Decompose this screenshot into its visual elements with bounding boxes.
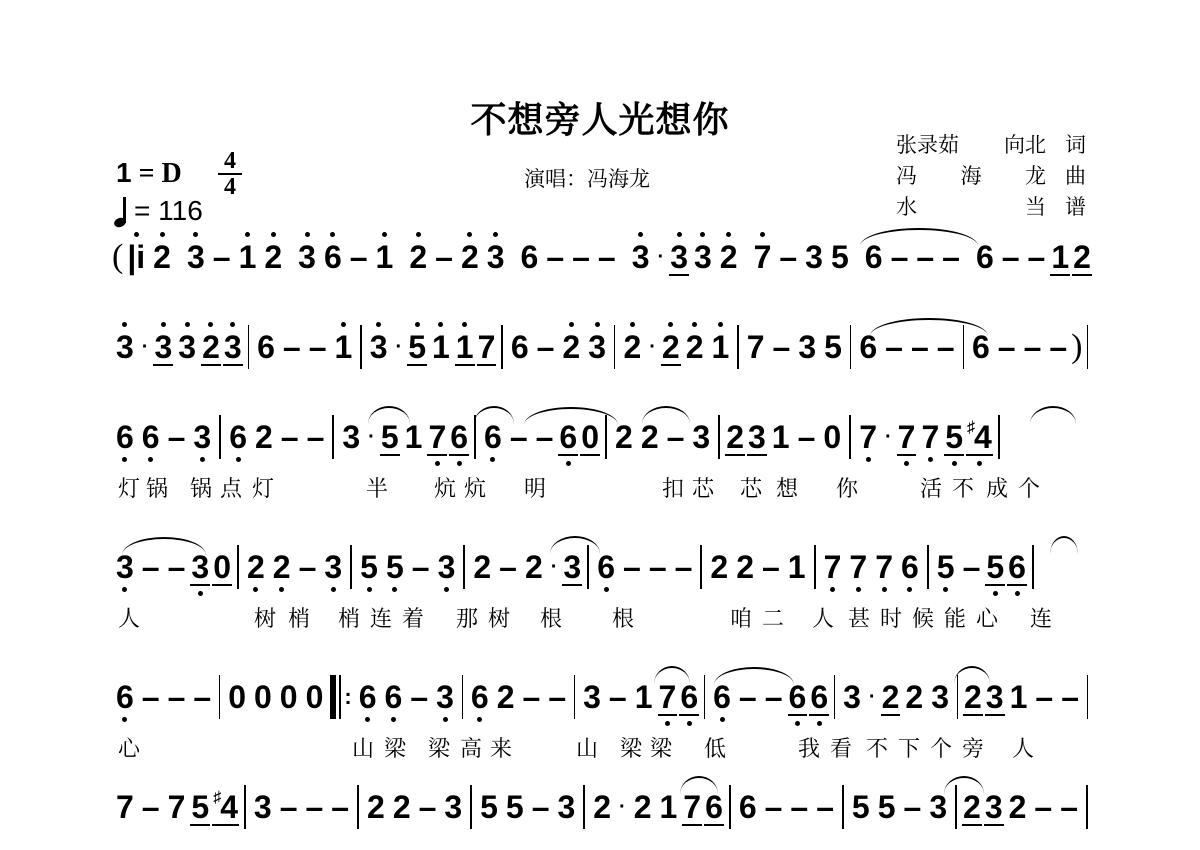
note: 7 — [167, 772, 187, 842]
barline — [842, 785, 844, 829]
lyric-syllable: 灯 — [118, 472, 140, 503]
note: 1 — [454, 312, 476, 382]
note: 3 — [297, 222, 317, 292]
barline — [834, 675, 835, 719]
lyric-syllable: 活 — [920, 472, 942, 503]
dash-extension: – — [305, 772, 325, 842]
note: 2 — [719, 222, 739, 292]
note: 7 — [896, 402, 918, 472]
lyric-syllable: 树 — [488, 602, 510, 633]
barline — [219, 675, 220, 719]
lyric-syllable: 梁 — [384, 732, 406, 763]
lyric-syllable: 来 — [490, 732, 512, 763]
note: 5 — [406, 312, 428, 382]
note: 3 — [557, 772, 577, 842]
dash-extension: – — [608, 662, 628, 732]
note: 3 — [486, 222, 506, 292]
note: 3 — [369, 312, 389, 382]
note: 2 — [496, 662, 516, 732]
barline — [332, 415, 334, 459]
lyric-syllable: 个 — [1018, 472, 1040, 503]
notation-line: 3––3022–355–32–2·36–––22–177765–56 — [112, 532, 1092, 602]
note: 6 — [141, 402, 161, 472]
note: 2 — [524, 532, 544, 602]
note: 6 — [596, 532, 616, 602]
note: 3 — [804, 222, 824, 292]
lyric-syllable: 点 — [220, 472, 242, 503]
dash-extension: – — [141, 772, 161, 842]
note: 7 — [753, 222, 773, 292]
lyric-syllable: 不 — [866, 732, 888, 763]
note: 5 — [984, 532, 1006, 602]
note: 2 — [561, 312, 581, 382]
lyric-syllable: 梢 — [338, 602, 360, 633]
note: 6 — [520, 222, 540, 292]
lyric-syllable: 芯 — [692, 472, 714, 503]
dash-extension: – — [815, 772, 835, 842]
note: 1 — [1049, 222, 1071, 292]
note: ♯4 — [965, 402, 994, 472]
dash-extension: – — [509, 402, 529, 472]
lyric-syllable: 半 — [366, 472, 388, 503]
note: 2 — [408, 222, 428, 292]
lyric-syllable: 心 — [118, 732, 140, 763]
note: 5 — [936, 532, 956, 602]
barline — [718, 415, 720, 459]
note: 2 — [1071, 222, 1093, 292]
dash-extension: – — [330, 772, 350, 842]
note: 5 — [830, 222, 850, 292]
dash-extension: – — [536, 312, 556, 382]
note: 6 — [384, 662, 404, 732]
note: 7 — [426, 402, 448, 472]
dash-extension: – — [997, 312, 1017, 382]
barline — [998, 415, 1000, 459]
augmentation-dot: · — [648, 312, 657, 382]
dash-extension: – — [279, 772, 299, 842]
note: 2 — [592, 772, 612, 842]
note: 1 — [711, 312, 731, 382]
barline — [849, 415, 851, 459]
notation-line: 7–75♯43–––22–355–32·21766–––55–3232–– — [112, 772, 1092, 842]
dash-extension: – — [1001, 222, 1021, 292]
singer-label: 演唱：冯海龙 — [524, 163, 650, 193]
barline — [462, 675, 463, 719]
lyric-syllable: 不 — [952, 472, 974, 503]
score-system: 3·33236––13·51176–232·2217–356–––6–––) — [112, 312, 1092, 382]
rest: 0 — [305, 662, 325, 732]
note: 3 — [746, 402, 768, 472]
close-paren: ) — [1071, 328, 1082, 366]
note: 2 — [709, 532, 729, 602]
lyric-syllable: 个 — [930, 732, 952, 763]
note: 2 — [366, 772, 386, 842]
barline — [729, 785, 731, 829]
augmentation-dot: · — [141, 312, 150, 382]
lyric-syllable: 炕 — [434, 472, 456, 503]
barline — [1032, 545, 1034, 589]
lyric-syllable: 芯 — [740, 472, 762, 503]
note: 3 — [930, 662, 950, 732]
dash-extension: – — [962, 532, 982, 602]
note: 6 — [470, 662, 490, 732]
note: 5 — [479, 772, 499, 842]
note: 6 — [256, 312, 276, 382]
barline — [350, 545, 352, 589]
lyric-syllable: 锅 — [146, 472, 168, 503]
note: 5 — [877, 772, 897, 842]
lyric-syllable: 着 — [402, 602, 424, 633]
note: 2 — [472, 532, 492, 602]
note: 2 — [685, 312, 705, 382]
credit-role: 词 — [1065, 130, 1086, 161]
augmentation-dot: · — [618, 772, 627, 842]
lyric-syllable: 梁 — [428, 732, 450, 763]
lyric-syllable: 梢 — [288, 602, 310, 633]
dash-extension: – — [764, 772, 784, 842]
key-tonic: 1 — [116, 157, 132, 188]
note: 5 — [505, 772, 525, 842]
lyric-syllable: 咱 — [730, 602, 752, 633]
lyric-syllable: 我 — [798, 732, 820, 763]
note: 2 — [1008, 772, 1028, 842]
credits: 张录茹向北词冯海龙曲水当谱 — [896, 130, 1086, 223]
dash-extension: – — [212, 222, 232, 292]
barline — [1087, 325, 1088, 369]
credit-row: 水当谱 — [896, 192, 1086, 223]
note: 5 — [189, 772, 211, 842]
dash-extension: – — [571, 222, 591, 292]
note: 5 — [359, 532, 379, 602]
dash-extension: – — [674, 532, 694, 602]
lyric-syllable: 你 — [836, 472, 858, 503]
note: 6 — [808, 662, 830, 732]
barline — [219, 415, 221, 459]
lyric-syllable: 山 — [576, 732, 598, 763]
lyric-syllable: 山 — [352, 732, 374, 763]
lyric-syllable: 下 — [898, 732, 920, 763]
barline — [248, 325, 249, 369]
augmentation-dot: · — [395, 312, 404, 382]
dash-extension: – — [1048, 312, 1068, 382]
barline — [244, 785, 246, 829]
credit-name: 冯海龙 — [896, 161, 1046, 192]
barline — [463, 545, 465, 589]
lyric-syllable: 人 — [118, 602, 140, 633]
note: 6 — [115, 402, 135, 472]
note: 2 — [633, 772, 653, 842]
dash-extension: – — [434, 222, 454, 292]
note: 2 — [622, 312, 642, 382]
note: 3 — [341, 402, 361, 472]
lyric-syllable: 想 — [776, 472, 798, 503]
note: 3 — [587, 312, 607, 382]
score-system: 66–362––3·51766––6022–3231–07·775♯4灯锅锅点灯… — [112, 402, 1092, 506]
dash-extension: – — [1034, 662, 1054, 732]
dash-extension: – — [772, 312, 792, 382]
credit-role: 谱 — [1065, 192, 1086, 223]
dash-extension: – — [1033, 772, 1053, 842]
dash-extension: – — [411, 532, 431, 602]
lyric-syllable: 二 — [762, 602, 784, 633]
note: 6 — [510, 312, 530, 382]
lyric-syllable: 梁 — [650, 732, 672, 763]
note: 3 — [631, 222, 651, 292]
note: 6 — [787, 662, 809, 732]
key-value: = D — [139, 158, 182, 189]
barline — [814, 545, 816, 589]
credit-name: 水当 — [896, 192, 1046, 223]
augmentation-dot: · — [657, 222, 666, 292]
note: 3 — [928, 772, 948, 842]
dash-extension: – — [761, 532, 781, 602]
note: 2 — [880, 662, 902, 732]
lyric-syllable: 看 — [830, 732, 852, 763]
note: 7 — [858, 402, 878, 472]
note: 3 — [842, 662, 862, 732]
lyric-syllable: 低 — [704, 732, 726, 763]
note: 3 — [437, 532, 457, 602]
note: 3 — [691, 402, 711, 472]
rest: 0 — [822, 402, 842, 472]
note: 2 — [263, 222, 283, 292]
barline — [357, 785, 359, 829]
note: 2 — [724, 402, 746, 472]
lyric-syllable: 成 — [986, 472, 1008, 503]
note: 7 — [476, 312, 498, 382]
note: 2 — [392, 772, 412, 842]
note: 3 — [192, 402, 212, 472]
note: 2 — [614, 402, 634, 472]
note: 6 — [115, 662, 135, 732]
note: 3 — [186, 222, 206, 292]
dash-extension: – — [498, 532, 518, 602]
dash-extension: – — [141, 662, 161, 732]
dash-extension: – — [648, 532, 668, 602]
dash-extension: – — [167, 402, 187, 472]
note: 6 — [975, 222, 995, 292]
augmentation-dot: · — [884, 402, 893, 472]
dash-extension: – — [282, 312, 302, 382]
dash-extension: – — [298, 532, 318, 602]
note: 6 — [228, 402, 248, 472]
lyrics-line: 灯锅锅点灯半炕炕明扣芯芯想你活不成个 — [112, 472, 1092, 506]
note: 6 — [858, 312, 878, 382]
note: 7 — [823, 532, 843, 602]
open-paren: ( — [112, 238, 123, 276]
dash-extension: – — [308, 312, 328, 382]
note: 2 — [200, 312, 222, 382]
note: 1 — [1009, 662, 1029, 732]
sharp-icon: ♯ — [967, 419, 975, 436]
note: 3 — [435, 662, 455, 732]
time-signature: 4 4 — [218, 150, 242, 198]
note: 3 — [253, 772, 273, 842]
score-system: 3––3022–355–32–2·36–––22–177765–56人树梢梢连着… — [112, 532, 1092, 636]
note: 3 — [152, 312, 174, 382]
barline — [927, 545, 929, 589]
dash-extension: – — [797, 402, 817, 472]
barline — [850, 325, 851, 369]
lyric-syllable: 锅 — [190, 472, 212, 503]
note: 6 — [448, 402, 470, 472]
lyric-syllable: 连 — [370, 602, 392, 633]
lyric-syllable: 扣 — [662, 472, 684, 503]
note: 1 — [787, 532, 807, 602]
lyric-syllable: 根 — [540, 602, 562, 633]
note: 1 — [375, 222, 395, 292]
barline — [583, 785, 585, 829]
lyric-syllable: 甚 — [848, 602, 870, 633]
note: 3 — [668, 222, 690, 292]
credit-row: 冯海龙曲 — [896, 161, 1086, 192]
note: 2 — [246, 532, 266, 602]
rest: 0 — [227, 662, 247, 732]
barline — [501, 325, 502, 369]
note: 1 — [404, 402, 424, 472]
note: 6 — [358, 662, 378, 732]
note: |i — [126, 222, 146, 292]
time-top: 4 — [218, 150, 242, 172]
barline — [737, 325, 738, 369]
note: 2 — [735, 532, 755, 602]
dash-extension: – — [280, 402, 300, 472]
dash-extension: – — [789, 772, 809, 842]
note: 6 — [738, 772, 758, 842]
note: 3 — [797, 312, 817, 382]
note: 3 — [984, 662, 1006, 732]
note: 7 — [920, 402, 940, 472]
lyric-syllable: 连 — [1030, 602, 1052, 633]
barline — [1087, 675, 1088, 719]
note: 2 — [272, 532, 292, 602]
lyric-syllable: 那 — [456, 602, 478, 633]
note: 2 — [152, 222, 172, 292]
note: 2 — [254, 402, 274, 472]
dash-extension: – — [903, 772, 923, 842]
note: 3 — [177, 312, 197, 382]
note: 6 — [971, 312, 991, 382]
note: 7 — [874, 532, 894, 602]
note: 2 — [460, 222, 480, 292]
barline — [574, 675, 575, 719]
sharp-icon: ♯ — [213, 789, 221, 806]
note: 7 — [115, 772, 135, 842]
dash-extension: – — [547, 662, 567, 732]
dash-extension: – — [306, 402, 326, 472]
lyric-syllable: 心 — [976, 602, 998, 633]
note: 5 — [823, 312, 843, 382]
lyric-syllable: 梁 — [620, 732, 642, 763]
note: 3 — [582, 662, 602, 732]
dash-extension: – — [531, 772, 551, 842]
repeat-barline: : — [330, 675, 351, 719]
time-bottom: 4 — [218, 176, 242, 198]
note: 1 — [238, 222, 258, 292]
lyric-syllable: 旁 — [962, 732, 984, 763]
score-system: 6–––0000:66–362––3–1766––663·223231––心山梁… — [112, 662, 1092, 766]
lyric-syllable: 树 — [254, 602, 276, 633]
dash-extension: – — [1027, 222, 1047, 292]
note: 1 — [634, 662, 654, 732]
credit-name: 张录茹向北 — [896, 130, 1046, 161]
augmentation-dot: · — [868, 662, 877, 732]
dash-extension: – — [349, 222, 369, 292]
note: 3 — [222, 312, 244, 382]
note: 3 — [693, 222, 713, 292]
note: 1 — [771, 402, 791, 472]
dash-extension: – — [167, 662, 187, 732]
lyric-syllable: 人 — [1012, 732, 1034, 763]
note: 2 — [904, 662, 924, 732]
note: 1 — [431, 312, 451, 382]
note: 5 — [851, 772, 871, 842]
lyric-syllable: 根 — [612, 602, 634, 633]
barline — [237, 545, 239, 589]
note: 3 — [983, 772, 1005, 842]
lyric-syllable: 时 — [880, 602, 902, 633]
dash-extension: – — [192, 662, 212, 732]
dash-extension: – — [418, 772, 438, 842]
lyrics-line: 心山梁梁高来山梁梁低我看不下个旁人 — [112, 732, 1092, 766]
note: 5 — [943, 402, 965, 472]
rest: 0 — [279, 662, 299, 732]
note: 7 — [848, 532, 868, 602]
lyric-syllable: 人 — [812, 602, 834, 633]
note: 1 — [659, 772, 679, 842]
lyric-syllable: 高 — [460, 732, 482, 763]
credit-role: 曲 — [1065, 161, 1086, 192]
note: 6 — [900, 532, 920, 602]
dash-extension: – — [1060, 662, 1080, 732]
note: 2 — [660, 312, 682, 382]
note: 7 — [746, 312, 766, 382]
note: 3 — [323, 532, 343, 602]
dash-extension: – — [778, 222, 798, 292]
note: 3 — [443, 772, 463, 842]
dash-extension: – — [522, 662, 542, 732]
dash-extension: – — [1059, 772, 1079, 842]
barline — [1086, 785, 1088, 829]
barline — [360, 325, 361, 369]
note: 3 — [115, 312, 135, 382]
dash-extension: – — [622, 532, 642, 602]
score-system: (|i23–1236–12–236–––3·3327–356–––6––12 — [112, 222, 1092, 292]
note: 5 — [385, 532, 405, 602]
note: 1 — [333, 312, 353, 382]
key-signature: 1 = D — [116, 157, 182, 190]
dash-extension: – — [545, 222, 565, 292]
lyric-syllable: 候 — [912, 602, 934, 633]
note: 6 — [323, 222, 343, 292]
lyric-syllable: 能 — [944, 602, 966, 633]
lyric-syllable: 炕 — [464, 472, 486, 503]
dash-extension: – — [1023, 312, 1043, 382]
barline — [704, 675, 705, 719]
dash-extension: – — [409, 662, 429, 732]
note: 6 — [1006, 532, 1028, 602]
barline — [470, 785, 472, 829]
dash-extension: – — [597, 222, 617, 292]
lyric-syllable: 灯 — [252, 472, 274, 503]
notation-line: 6–––0000:66–362––3–1766––663·223231–– — [112, 662, 1092, 732]
credit-row: 张录茹向北词 — [896, 130, 1086, 161]
score-system: 7–75♯43–––22–355–32·21766–––55–3232–– — [112, 772, 1092, 842]
note: ♯4 — [211, 772, 240, 842]
rest: 0 — [253, 662, 273, 732]
lyrics-line: 人树梢梢连着那树根根咱二人甚时候能心连 — [112, 602, 1092, 636]
barline — [614, 325, 615, 369]
